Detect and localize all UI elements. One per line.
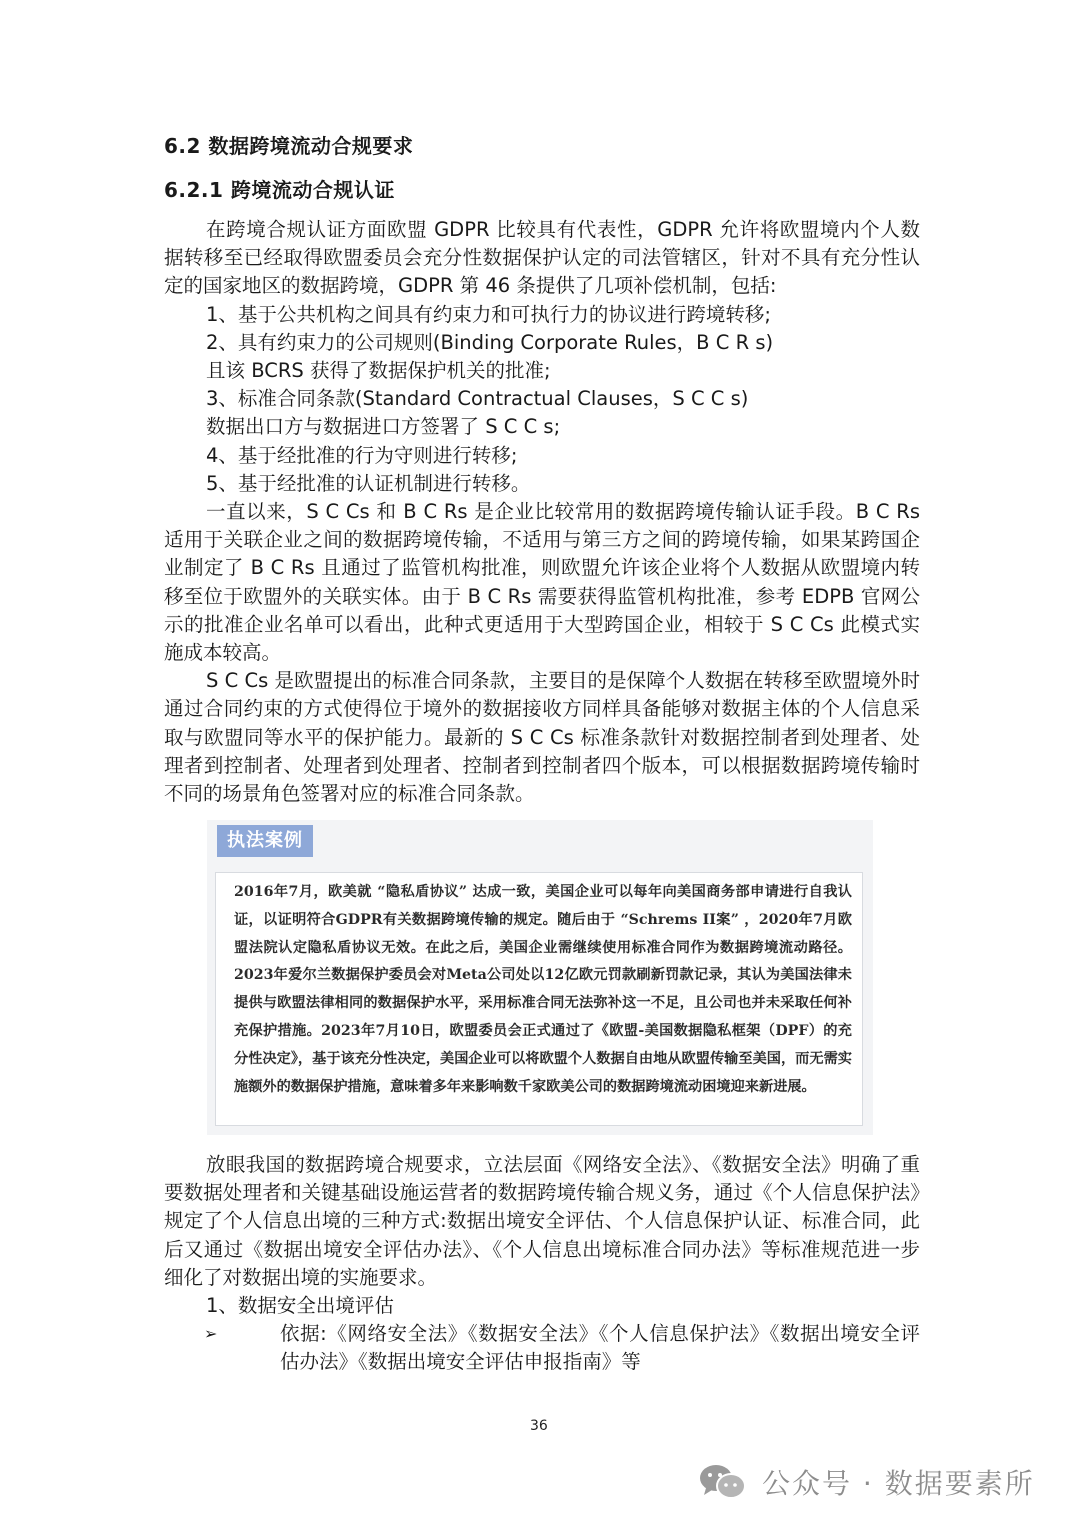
intro-block: 在跨境合规认证方面欧盟 GDPR 比较具有代表性，GDPR 允许将欧盟境内个人数… xyxy=(164,216,920,808)
case-label: 执法案例 xyxy=(217,825,313,857)
mechanism-item: 数据出口方与数据进口方签署了 S C C s; xyxy=(164,413,920,441)
watermark: 公众号 · 数据要素所 xyxy=(698,1462,1035,1502)
mechanism-item: 3、标准合同条款(Standard Contractual Clauses，S … xyxy=(164,385,920,413)
section-heading: 6.2 数据跨境流动合规要求 xyxy=(164,130,413,159)
arrow-bullet-icon: ➢ xyxy=(164,1320,240,1376)
basis-bullet: ➢ 依据:《网络安全法》《数据安全法》《个人信息保护法》《数据出境安全评估办法》… xyxy=(164,1320,920,1376)
china-block: 放眼我国的数据跨境合规要求，立法层面《网络安全法》、《数据安全法》明确了重要数据… xyxy=(164,1151,920,1377)
mechanism-item: 1、基于公共机构之间具有约束力和可执行力的协议进行跨境转移; xyxy=(164,301,920,329)
sccs-paragraph: S C Cs 是欧盟提出的标准合同条款，主要目的是保障个人数据在转移至欧盟境外时… xyxy=(164,667,920,808)
case-text: 2016年7月，欧美就 “隐私盾协议” 达成一致，美国企业可以每年向美国商务部申… xyxy=(234,879,852,1101)
enforcement-case-panel: 执法案例 2016年7月，欧美就 “隐私盾协议” 达成一致，美国企业可以每年向美… xyxy=(207,820,873,1135)
page-number: 36 xyxy=(530,1418,548,1434)
assessment-item: 1、数据安全出境评估 xyxy=(164,1292,920,1320)
intro-paragraph: 在跨境合规认证方面欧盟 GDPR 比较具有代表性，GDPR 允许将欧盟境内个人数… xyxy=(164,216,920,301)
watermark-text: 公众号 · 数据要素所 xyxy=(762,1462,1035,1502)
case-text-box: 2016年7月，欧美就 “隐私盾协议” 达成一致，美国企业可以每年向美国商务部申… xyxy=(215,872,863,1126)
mechanism-item: 4、基于经批准的行为守则进行转移; xyxy=(164,442,920,470)
mechanism-item: 2、具有约束力的公司规则(Binding Corporate Rules，B C… xyxy=(164,329,920,357)
wechat-icon xyxy=(698,1462,748,1502)
basis-text: 依据:《网络安全法》《数据安全法》《个人信息保护法》《数据出境安全评估办法》《数… xyxy=(240,1320,920,1376)
china-paragraph: 放眼我国的数据跨境合规要求，立法层面《网络安全法》、《数据安全法》明确了重要数据… xyxy=(164,1151,920,1292)
document-page: 6.2 数据跨境流动合规要求 6.2.1 跨境流动合规认证 在跨境合规认证方面欧… xyxy=(0,0,1080,1527)
bcrs-paragraph: 一直以来，S C Cs 和 B C Rs 是企业比较常用的数据跨境传输认证手段。… xyxy=(164,498,920,667)
mechanism-item: 5、基于经批准的认证机制进行转移。 xyxy=(164,470,920,498)
mechanism-item: 且该 BCRS 获得了数据保护机关的批准; xyxy=(164,357,920,385)
subsection-heading: 6.2.1 跨境流动合规认证 xyxy=(164,174,395,203)
